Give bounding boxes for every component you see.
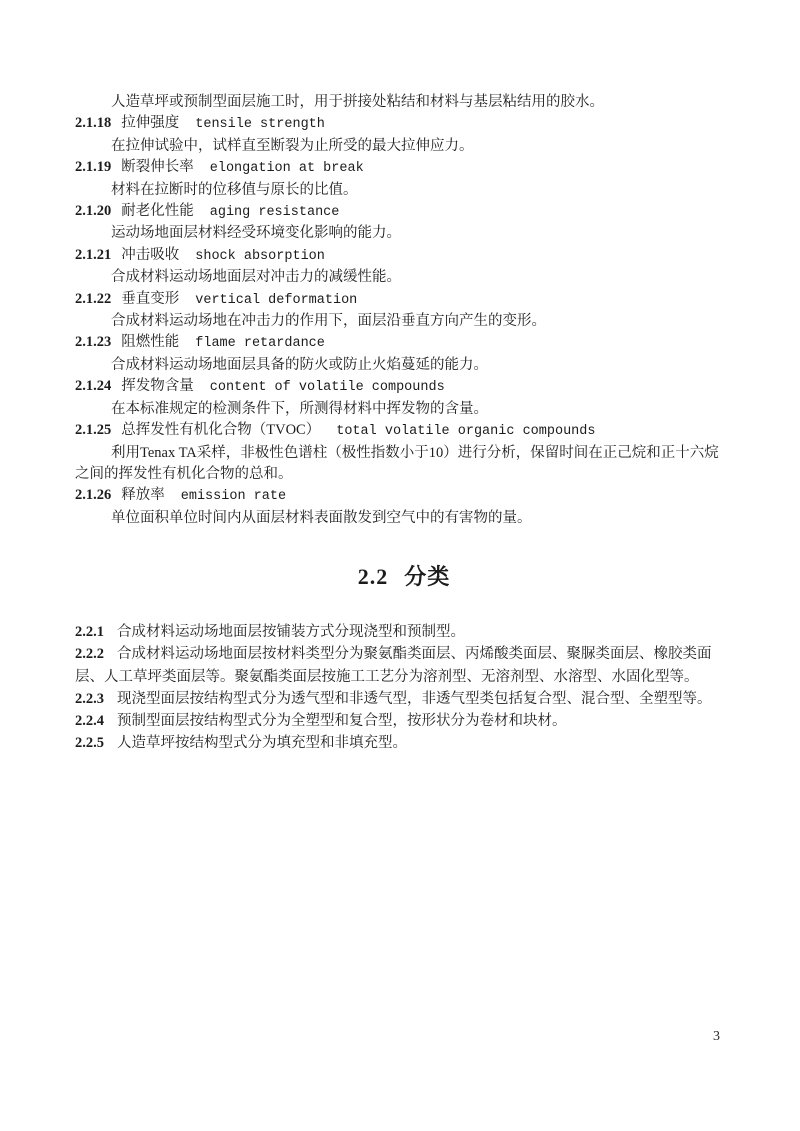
term-title-line: 2.1.26释放率emission rate [75,485,733,507]
document-page: 人造草坪或预制型面层施工时，用于拼接处粘结和材料与基层粘结用的胶水。 2.1.1… [0,0,800,1131]
term-name-chinese: 总挥发性有机化合物（TVOC） [121,422,320,438]
term-entry: 2.1.25总挥发性有机化合物（TVOC）total volatile orga… [75,420,733,485]
clause-paragraph: 2.2.1合成材料运动场地面层按铺装方式分现浇型和预制型。 [75,621,733,643]
term-title-line: 2.1.24挥发物含量content of volatile compounds [75,376,733,398]
section-heading: 2.2分类 [75,562,733,592]
term-entry: 2.1.21冲击吸收shock absorption 合成材料运动场地面层对冲击… [75,245,733,289]
term-title-line: 2.1.23阻燃性能flame retardance [75,332,733,354]
term-name-english: total volatile organic compounds [336,424,595,439]
term-number: 2.1.25 [75,422,111,438]
page-content: 人造草坪或预制型面层施工时，用于拼接处粘结和材料与基层粘结用的胶水。 2.1.1… [75,92,733,754]
term-name-chinese: 拉伸强度 [121,115,179,131]
term-number: 2.1.20 [75,203,111,219]
clause-number: 2.2.4 [75,713,104,729]
term-entry: 2.1.18拉伸强度tensile strength 在拉伸试验中，试样直至断裂… [75,113,733,157]
clause-text: 合成材料运动场地面层按材料类型分为聚氨酯类面层、丙烯酸类面层、聚脲类面层、橡胶类… [75,646,712,684]
term-number: 2.1.26 [75,487,111,503]
term-number: 2.1.21 [75,247,111,263]
term-name-english: flame retardance [195,336,325,351]
clause-list: 2.2.1合成材料运动场地面层按铺装方式分现浇型和预制型。 2.2.2合成材料运… [75,621,733,754]
clause-text: 人造草坪按结构型式分为填充型和非填充型。 [117,735,407,751]
term-title-line: 2.1.20耐老化性能aging resistance [75,201,733,223]
term-name-english: shock absorption [195,249,325,264]
term-entry: 2.1.22垂直变形vertical deformation 合成材料运动场地在… [75,289,733,333]
clause-text: 合成材料运动场地面层按铺装方式分现浇型和预制型。 [117,624,465,640]
term-definition: 利用Tenax TA采样，非极性色谱柱（极性指数小于10）进行分析，保留时间在正… [75,443,733,486]
section-number: 2.2 [358,564,389,589]
clause-number: 2.2.2 [75,646,104,662]
term-definition: 合成材料运动场地面层对冲击力的减缓性能。 [75,267,733,288]
term-name-english: vertical deformation [195,293,357,308]
term-name-chinese: 断裂伸长率 [121,159,194,175]
term-entry: 2.1.19断裂伸长率elongation at break 材料在拉断时的位移… [75,157,733,201]
clause-paragraph: 2.2.3现浇型面层按结构型式分为透气型和非透气型，非透气型类包括复合型、混合型… [75,688,733,710]
clause-number: 2.2.5 [75,735,104,751]
clause-text: 现浇型面层按结构型式分为透气型和非透气型，非透气型类包括复合型、混合型、全塑型等… [117,691,712,707]
clause-paragraph: 2.2.2合成材料运动场地面层按材料类型分为聚氨酯类面层、丙烯酸类面层、聚脲类面… [75,643,733,687]
term-definition: 材料在拉断时的位移值与原长的比值。 [75,180,733,201]
term-number: 2.1.24 [75,378,111,394]
term-name-chinese: 耐老化性能 [121,203,194,219]
term-entry: 2.1.26释放率emission rate 单位面积单位时间内从面层材料表面散… [75,485,733,529]
term-name-chinese: 冲击吸收 [121,247,179,263]
term-title-line: 2.1.25总挥发性有机化合物（TVOC）total volatile orga… [75,420,733,442]
clause-number: 2.2.1 [75,624,104,640]
term-name-chinese: 挥发物含量 [121,378,194,394]
term-name-english: tensile strength [195,117,325,132]
clause-number: 2.2.3 [75,691,104,707]
term-definition: 运动场地面层材料经受环境变化影响的能力。 [75,223,733,244]
section-title: 分类 [404,564,450,589]
term-title-line: 2.1.18拉伸强度tensile strength [75,113,733,135]
term-name-chinese: 释放率 [121,487,165,503]
terminology-list: 2.1.18拉伸强度tensile strength 在拉伸试验中，试样直至断裂… [75,113,733,529]
term-title-line: 2.1.19断裂伸长率elongation at break [75,157,733,179]
clause-paragraph: 2.2.5人造草坪按结构型式分为填充型和非填充型。 [75,732,733,754]
term-number: 2.1.19 [75,159,111,175]
definition-continuation-paragraph: 人造草坪或预制型面层施工时，用于拼接处粘结和材料与基层粘结用的胶水。 [75,92,733,113]
term-definition: 合成材料运动场地面层具备的防火或防止火焰蔓延的能力。 [75,355,733,376]
term-number: 2.1.23 [75,334,111,350]
clause-text: 预制型面层按结构型式分为全塑型和复合型，按形状分为卷材和块材。 [117,713,567,729]
term-name-chinese: 阻燃性能 [121,334,179,350]
term-number: 2.1.22 [75,291,111,307]
term-name-english: emission rate [181,489,286,504]
term-definition: 单位面积单位时间内从面层材料表面散发到空气中的有害物的量。 [75,508,733,529]
term-number: 2.1.18 [75,115,111,131]
page-number: 3 [713,1029,720,1045]
term-name-english: elongation at break [210,161,364,176]
term-entry: 2.1.23阻燃性能flame retardance 合成材料运动场地面层具备的… [75,332,733,376]
term-definition: 在本标准规定的检测条件下，所测得材料中挥发物的含量。 [75,399,733,420]
term-definition: 在拉伸试验中，试样直至断裂为止所受的最大拉伸应力。 [75,136,733,157]
term-entry: 2.1.24挥发物含量content of volatile compounds… [75,376,733,420]
term-title-line: 2.1.22垂直变形vertical deformation [75,289,733,311]
term-entry: 2.1.20耐老化性能aging resistance 运动场地面层材料经受环境… [75,201,733,245]
term-name-chinese: 垂直变形 [121,291,179,307]
term-title-line: 2.1.21冲击吸收shock absorption [75,245,733,267]
term-definition: 合成材料运动场地在冲击力的作用下，面层沿垂直方向产生的变形。 [75,311,733,332]
clause-paragraph: 2.2.4预制型面层按结构型式分为全塑型和复合型，按形状分为卷材和块材。 [75,710,733,732]
term-name-english: content of volatile compounds [210,380,445,395]
term-name-english: aging resistance [210,205,340,220]
